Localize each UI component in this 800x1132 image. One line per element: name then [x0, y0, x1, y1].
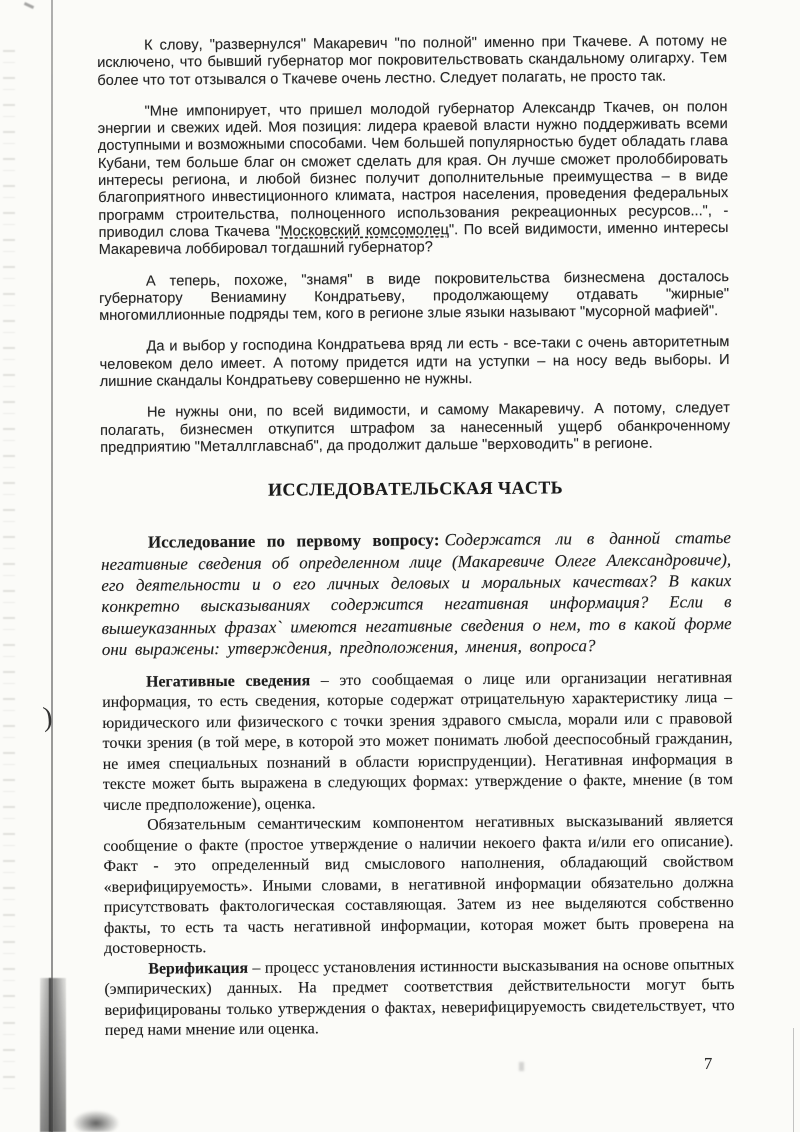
scan-corner-mark — [24, 2, 34, 9]
article-paragraph-1: К слову, "развернулся" Макаревич "по пол… — [97, 33, 727, 90]
article-excerpt-section: К слову, "развернулся" Макаревич "по пол… — [97, 33, 730, 457]
article-paragraph-5: Не нужны они, по всей видимости, и самом… — [100, 400, 730, 457]
quote-text-before-link: "Мне импонирует, что пришел молодой губе… — [98, 99, 729, 241]
newspaper-link: Московский комсомолец — [280, 222, 449, 239]
article-paragraph-2: "Мне импонирует, что пришел молодой губе… — [98, 99, 729, 260]
research-question-paragraph: Исследование по первому вопросу:Содержат… — [101, 527, 732, 660]
definition-term-verification: Верификация — [148, 960, 248, 978]
definition-verification: Верификация – процесс установления истин… — [104, 955, 735, 1042]
section-heading: ИССЛЕДОВАТЕЛЬСКАЯ ЧАСТЬ — [100, 476, 730, 502]
definition-fact-paragraph: Обязательным семантическим компонентом н… — [103, 811, 734, 959]
definition-term-negative-info: Негативные сведения — [146, 672, 310, 690]
scan-left-edge-shadow — [40, 978, 66, 1132]
definitions-block: Негативные сведения – это сообщаемая о л… — [102, 668, 735, 1042]
scan-left-edge-shadow-core — [49, 978, 52, 1132]
document-content: К слову, "развернулся" Макаревич "по пол… — [97, 33, 735, 1042]
scan-faint-dot — [519, 1062, 524, 1071]
definition-negative-info: Негативные сведения – это сообщаемая о л… — [102, 668, 733, 816]
scanned-document-page: ) К слову, "развернулся" Макаревич "по п… — [0, 0, 800, 1132]
page-number: 7 — [704, 1054, 712, 1074]
scan-margin-smudges — [3, 50, 15, 1100]
scan-right-edge-line — [793, 1028, 794, 1132]
article-paragraph-4: Да и выбор у господина Кондратьева вряд … — [99, 334, 729, 391]
handwritten-paren-mark: ) — [42, 702, 54, 735]
scan-left-edge-line — [51, 0, 53, 1132]
question-lead: Исследование по первому вопросу: — [148, 531, 440, 552]
definition-text-negative-info: – это сообщаемая о лице или организации … — [102, 669, 733, 814]
research-section: Исследование по первому вопросу:Содержат… — [101, 527, 735, 1041]
scan-bottom-smudge — [72, 1110, 120, 1132]
article-paragraph-3: А теперь, похоже, "знамя" в виде покрови… — [99, 269, 729, 326]
